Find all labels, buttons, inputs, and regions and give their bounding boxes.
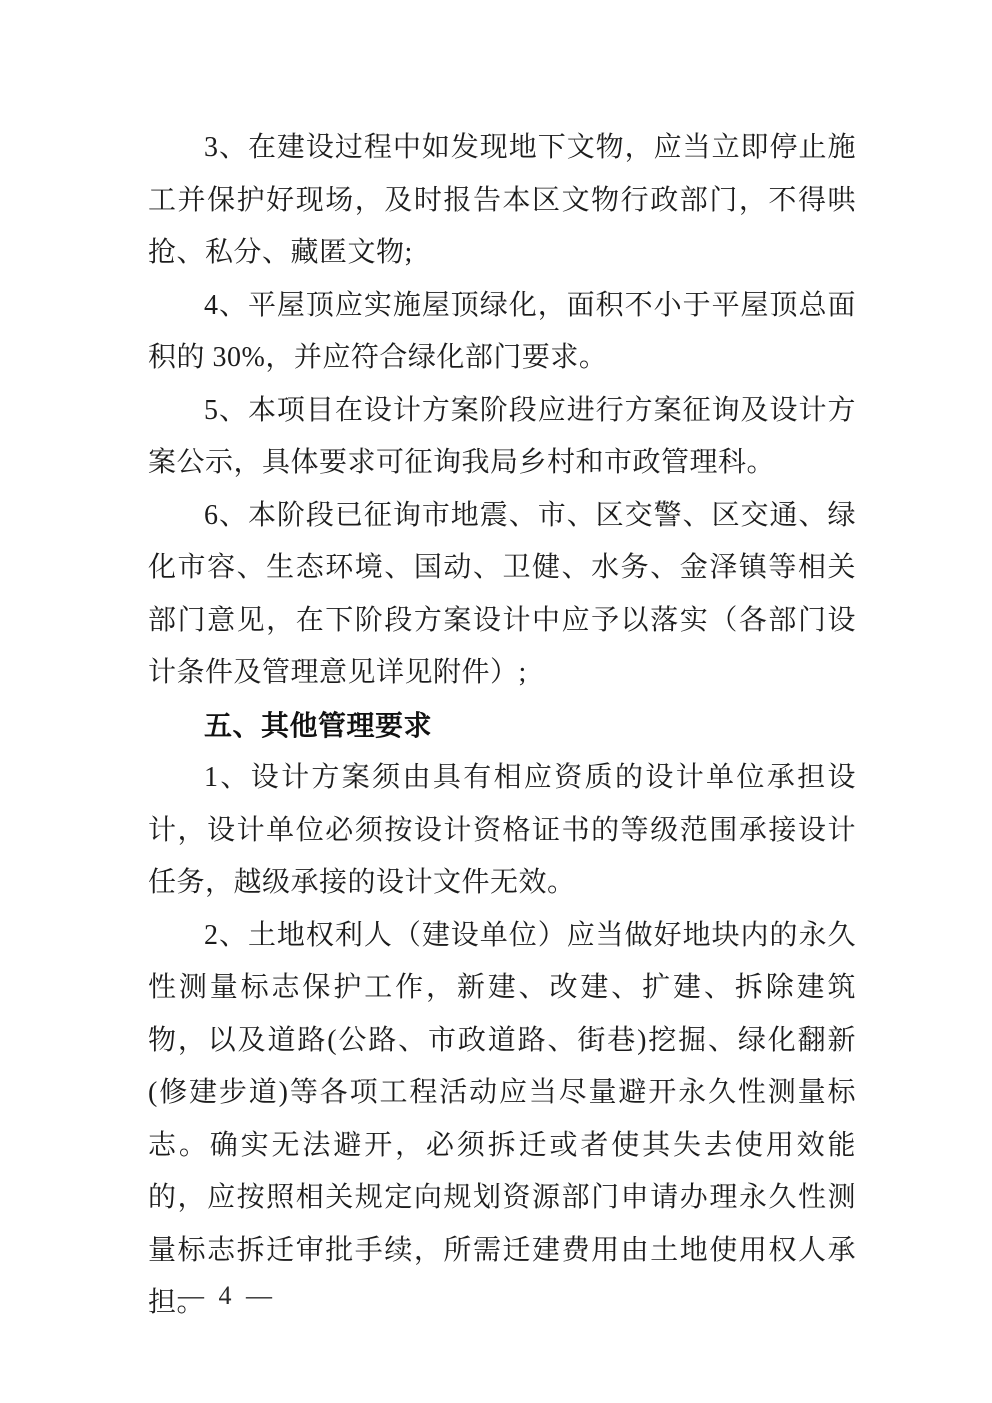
paragraph-item-1-design-qualification: 1、设计方案须由具有相应资质的设计单位承担设计，设计单位必须按设计资格证书的等级… — [148, 752, 856, 910]
paragraph-item-3-cultural-relics: 3、在建设过程中如发现地下文物，应当立即停止施工并保护好现场，及时报告本区文物行… — [148, 122, 856, 280]
section-heading-other-management-requirements: 五、其他管理要求 — [148, 700, 856, 753]
paragraph-item-6-department-opinions: 6、本阶段已征询市地震、市、区交警、区交通、绿化市容、生态环境、国动、卫健、水务… — [148, 490, 856, 700]
page-canvas: 3、在建设过程中如发现地下文物，应当立即停止施工并保护好现场，及时报告本区文物行… — [0, 0, 992, 1403]
paragraph-item-2-survey-markers: 2、土地权利人（建设单位）应当做好地块内的永久性测量标志保护工作，新建、改建、扩… — [148, 910, 856, 1330]
document-body: 3、在建设过程中如发现地下文物，应当立即停止施工并保护好现场，及时报告本区文物行… — [148, 122, 856, 1330]
page-number: — 4 — — [178, 1281, 276, 1311]
paragraph-item-5-design-consultation: 5、本项目在设计方案阶段应进行方案征询及设计方案公示，具体要求可征询我局乡村和市… — [148, 385, 856, 490]
paragraph-item-4-roof-greening: 4、平屋顶应实施屋顶绿化，面积不小于平屋顶总面积的 30%，并应符合绿化部门要求… — [148, 280, 856, 385]
document-page: { "page": { "background": "#ffffff", "te… — [0, 0, 992, 1403]
